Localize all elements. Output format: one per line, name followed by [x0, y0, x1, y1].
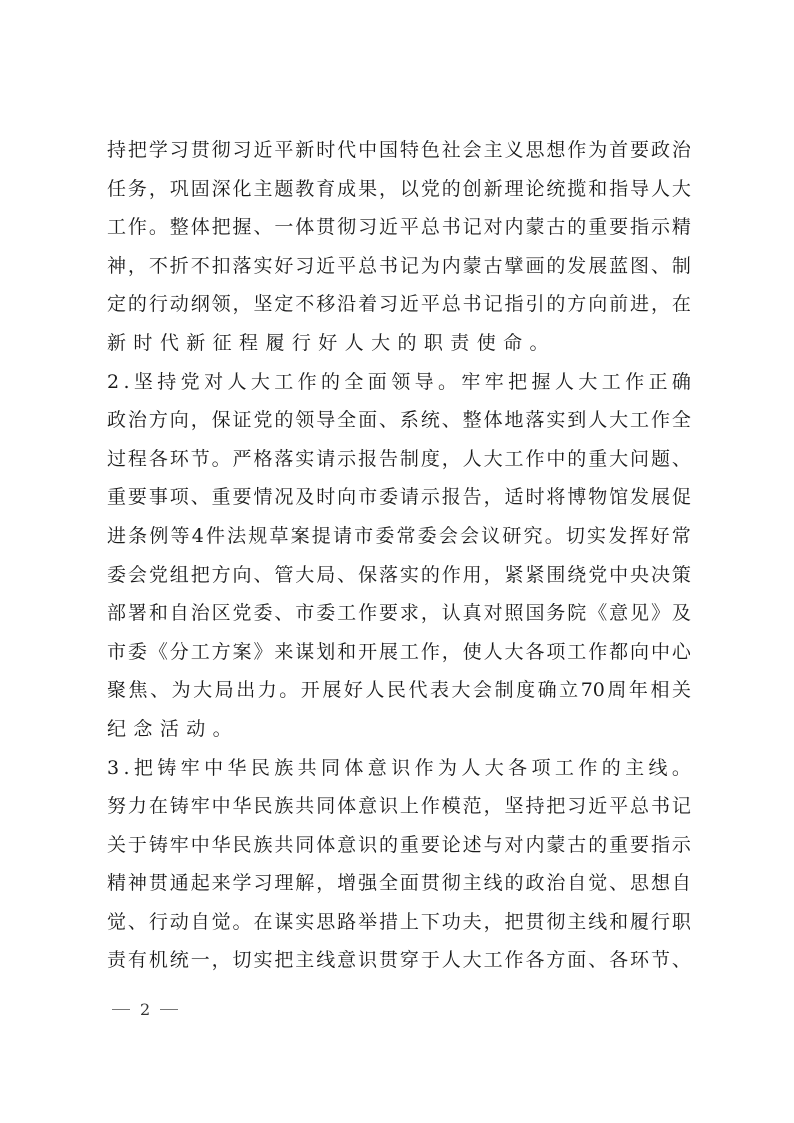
text-line: 聚焦、为大局出力。开展好人民代表大会制度确立70周年相关	[107, 671, 691, 710]
dash-left-icon	[112, 1009, 130, 1010]
text-line: 重要事项、重要情况及时向市委请示报告，适时将博物馆发展促	[107, 478, 691, 517]
text-line: 纪念活动。	[107, 710, 691, 749]
text-line: 政治方向，保证党的领导全面、系统、整体地落实到人大工作全	[107, 401, 691, 440]
text-line: 定的行动纲领，坚定不移沿着习近平总书记指引的方向前进，在	[107, 285, 691, 324]
dash-right-icon	[160, 1009, 178, 1010]
text-line: 关于铸牢中华民族共同体意识的重要论述与对内蒙古的重要指示	[107, 826, 691, 865]
text-line: 过程各环节。严格落实请示报告制度，人大工作中的重大问题、	[107, 440, 691, 479]
text-line: 责有机统一，切实把主线意识贯穿于人大工作各方面、各环节、	[107, 941, 691, 980]
text-line: 工作。整体把握、一体贯彻习近平总书记对内蒙古的重要指示精	[107, 208, 691, 247]
text-line: 努力在铸牢中华民族共同体意识上作模范，坚持把习近平总书记	[107, 787, 691, 826]
page-number: 2	[112, 1000, 178, 1019]
text-line: 进条例等4件法规草案提请市委常委会会议研究。切实发挥好常	[107, 517, 691, 556]
text-line: 觉、行动自觉。在谋实思路举措上下功夫，把贯彻主线和履行职	[107, 903, 691, 942]
page-number-value: 2	[140, 1000, 150, 1019]
body-text: 持把学习贯彻习近平新时代中国特色社会主义思想作为首要政治任务，巩固深化主题教育成…	[107, 131, 691, 980]
text-line: 精神贯通起来学习理解，增强全面贯彻主线的政治自觉、思想自	[107, 864, 691, 903]
text-line: 神，不折不扣落实好习近平总书记为内蒙古擘画的发展蓝图、制	[107, 247, 691, 286]
text-line: 持把学习贯彻习近平新时代中国特色社会主义思想作为首要政治	[107, 131, 691, 170]
text-line: 市委《分工方案》来谋划和开展工作，使人大各项工作都向中心	[107, 633, 691, 672]
document-page: 持把学习贯彻习近平新时代中国特色社会主义思想作为首要政治任务，巩固深化主题教育成…	[0, 0, 794, 1123]
text-line: 任务，巩固深化主题教育成果，以党的创新理论统揽和指导人大	[107, 170, 691, 209]
text-line: 委会党组把方向、管大局、保落实的作用，紧紧围绕党中央决策	[107, 556, 691, 595]
text-line: 3.把铸牢中华民族共同体意识作为人大各项工作的主线。	[107, 749, 691, 788]
text-line: 部署和自治区党委、市委工作要求，认真对照国务院《意见》及	[107, 594, 691, 633]
text-line: 2.坚持党对人大工作的全面领导。牢牢把握人大工作正确	[107, 363, 691, 402]
text-line: 新时代新征程履行好人大的职责使命。	[107, 324, 691, 363]
